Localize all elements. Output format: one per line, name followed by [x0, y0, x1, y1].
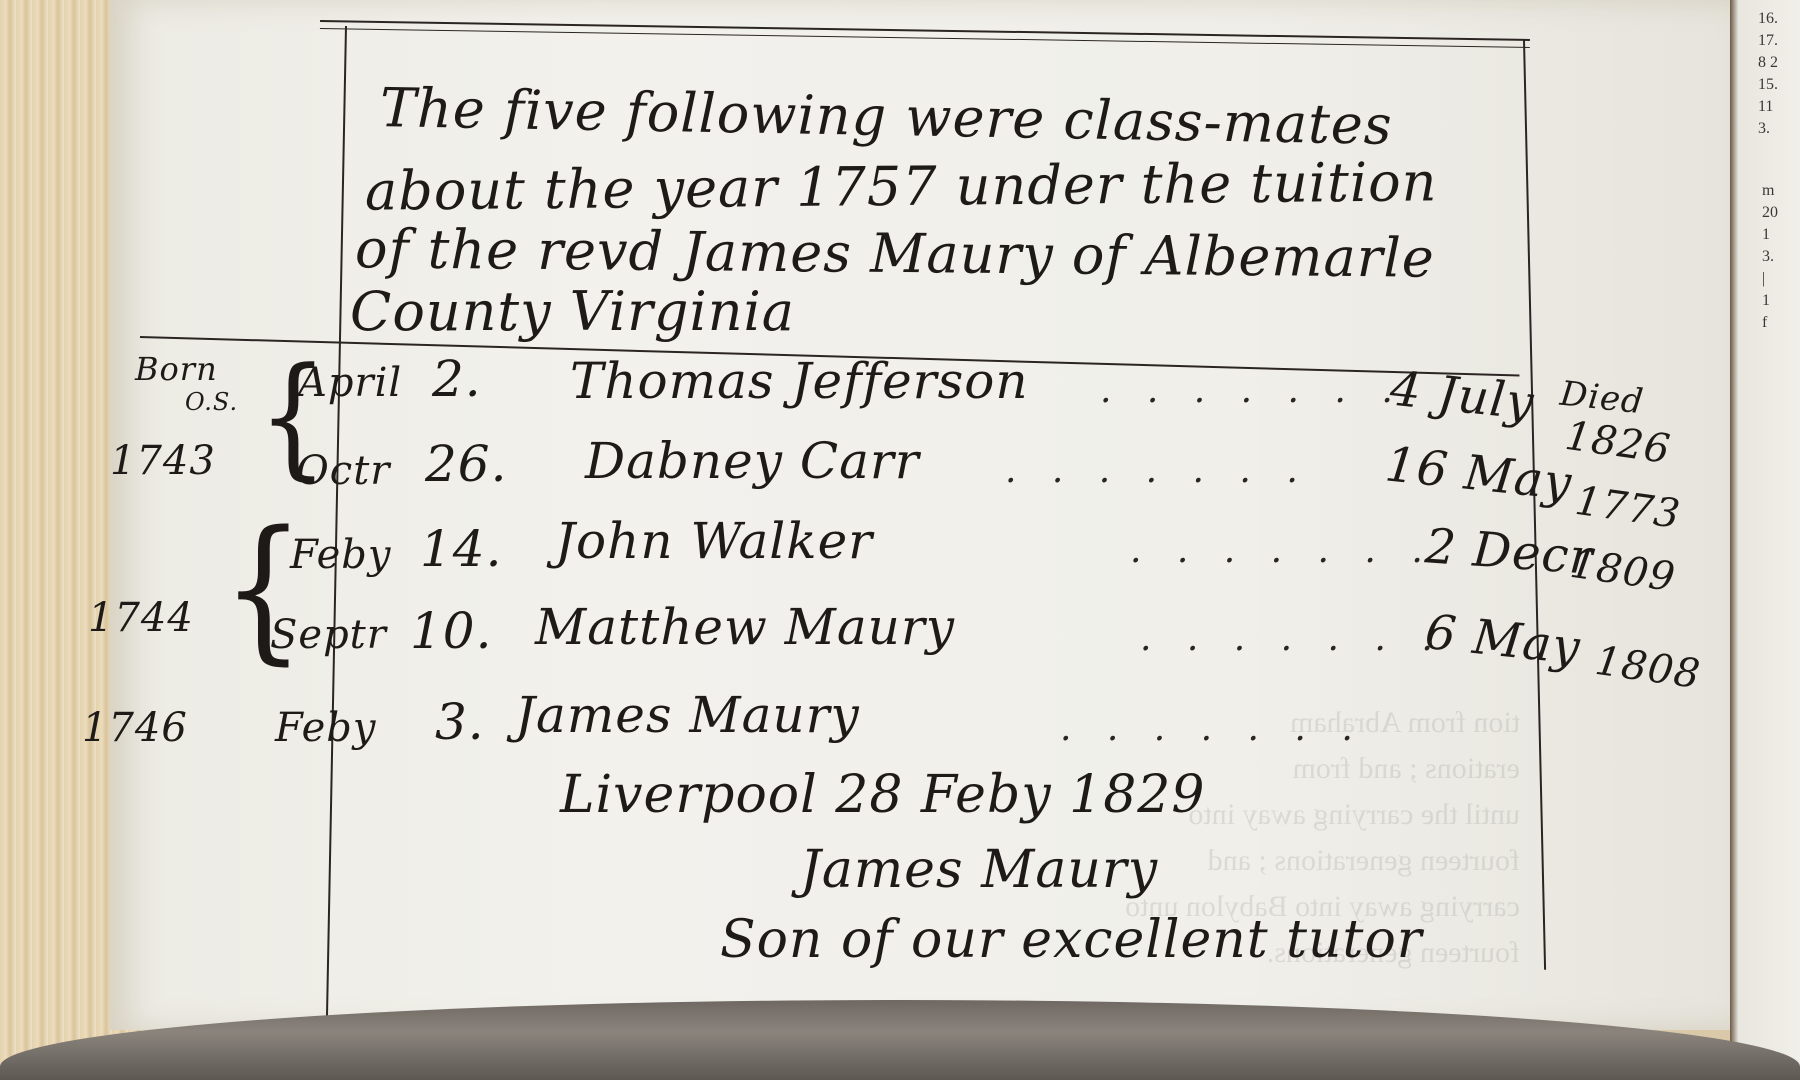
- closing-place-date: Liverpool 28 Feby 1829: [560, 765, 1205, 825]
- facing-margin-numbers-top: 16. 17. 8 2 15. 11 3.: [1758, 8, 1778, 140]
- entry-3-day: 14.: [420, 520, 503, 578]
- entry-3-name: John Walker: [555, 512, 873, 570]
- entry-2-name: Dabney Carr: [585, 432, 920, 490]
- entry-2-month: Octr: [296, 448, 390, 494]
- entry-1-leader: . . . . . . .: [1100, 370, 1405, 411]
- birth-year-1746: 1746: [82, 705, 188, 751]
- facing-page: 16. 17. 8 2 15. 11 3. m 20 1 3. | 1 f: [1730, 0, 1800, 1080]
- closing-signature: James Maury: [800, 840, 1158, 900]
- birth-year-1743: 1743: [110, 438, 216, 484]
- entry-4-leader: . . . . . . .: [1140, 618, 1445, 659]
- entry-5-leader: . . . . . . .: [1060, 708, 1365, 749]
- heading-line-3: of the revd James Maury of Albemarle: [355, 217, 1435, 289]
- entry-2-leader: . . . . . . .: [1005, 450, 1310, 491]
- entry-3-leader: . . . . . . .: [1130, 530, 1435, 571]
- entry-1-month: April: [298, 360, 402, 406]
- entry-4-day: 10.: [410, 602, 493, 660]
- entry-1-day: 2.: [432, 350, 482, 408]
- entry-5-name: James Maury: [515, 686, 860, 744]
- heading-line-4: County Virginia: [350, 280, 795, 343]
- entry-4-month: Septr: [270, 612, 387, 658]
- old-style-label: O.S.: [185, 388, 238, 416]
- entry-4-name: Matthew Maury: [535, 598, 955, 656]
- entry-5-month: Feby: [275, 705, 376, 751]
- birth-year-1744: 1744: [88, 595, 194, 641]
- heading-line-2: about the year 1757 under the tuition: [365, 150, 1438, 222]
- entry-1-name: Thomas Jefferson: [570, 352, 1029, 410]
- entry-2-day: 26.: [425, 435, 508, 493]
- entry-3-month: Feby: [290, 532, 391, 578]
- entry-5-day: 3.: [435, 693, 485, 751]
- born-label: Born: [135, 350, 218, 388]
- facing-margin-numbers-mid: m 20 1 3. | 1 f: [1762, 180, 1778, 334]
- closing-note: Son of our excellent tutor: [720, 910, 1423, 970]
